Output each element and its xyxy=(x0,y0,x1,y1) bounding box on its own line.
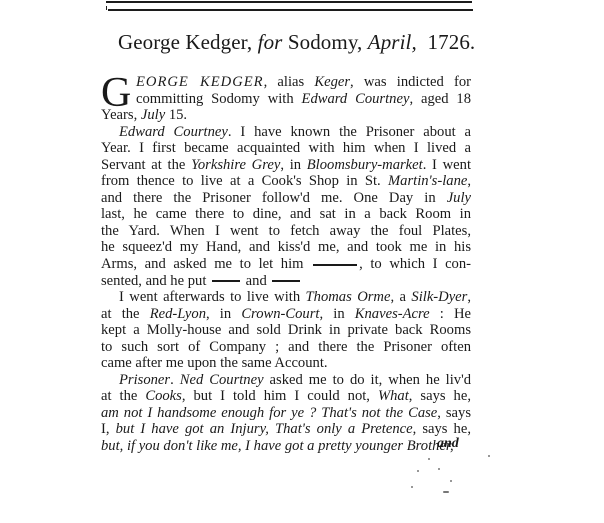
text-segment: came after me upon the same Account. xyxy=(101,355,328,371)
text-segment: the Yard. When I went to fetch away the … xyxy=(101,223,471,239)
top-rule xyxy=(106,1,472,3)
text-segment: , in xyxy=(280,157,306,173)
italic-text: Martin's-lane xyxy=(388,173,467,189)
top-rule-double xyxy=(108,9,473,11)
text-segment: from thence to live at a Cook's Shop in … xyxy=(101,173,388,189)
text-segment: Arms, and asked me to let him xyxy=(101,256,311,272)
text-segment: . I went xyxy=(423,157,471,173)
text-segment: at the xyxy=(101,306,150,322)
document-page: George Kedger, for Sodomy, April, 1726. … xyxy=(0,0,604,523)
italic-text: Cooks xyxy=(145,388,181,404)
text-segment: , says he, xyxy=(409,388,471,404)
text-line: to such sort of Company ; and there the … xyxy=(101,339,471,356)
text-line: the Yard. When I went to fetch away the … xyxy=(101,223,471,240)
redaction-dash xyxy=(313,264,357,266)
text-segment: at the xyxy=(101,388,145,404)
title-year: 1726. xyxy=(428,30,476,54)
text-segment: and there the Prisoner follow'd me. One … xyxy=(101,190,447,206)
text-line: Servant at the Yorkshire Grey, in Blooms… xyxy=(101,157,471,174)
drop-cap: G xyxy=(101,76,131,110)
text-line: sented, and he put and xyxy=(101,273,471,290)
text-segment: he squeez'd my Hand, and kiss'd me, and … xyxy=(101,239,471,255)
text-line: he squeez'd my Hand, and kiss'd me, and … xyxy=(101,239,471,256)
text-line: kept a Molly-house and sold Drink in pri… xyxy=(101,322,471,339)
italic-text: Edward Courtney xyxy=(119,124,228,140)
redaction-dash xyxy=(272,280,300,282)
title-for: for xyxy=(258,30,283,54)
italic-text: Ned Courtney xyxy=(180,372,264,388)
text-segment: , xyxy=(467,173,471,189)
text-segment: sented, and he put xyxy=(101,273,210,289)
text-segment: , a xyxy=(390,289,411,305)
trial-text: G EORGE KEDGER, alias Keger, was indicte… xyxy=(101,74,471,455)
text-segment: , was indicted for xyxy=(350,74,471,90)
text-segment: , but I told him I could not, xyxy=(182,388,378,404)
text-line: at the Red-Lyon, in Crown-Court, in Knav… xyxy=(101,306,471,323)
italic-text: July xyxy=(447,190,471,206)
italic-text: but I have got an Injury, That's only a … xyxy=(116,421,413,437)
text-segment: , xyxy=(467,289,471,305)
text-segment: EORGE KEDGER xyxy=(136,74,264,90)
text-line: Years, July 15. xyxy=(101,107,471,124)
text-line: Arms, and asked me to let him , to which… xyxy=(101,256,471,273)
text-line: from thence to live at a Cook's Shop in … xyxy=(101,173,471,190)
text-line: last, he came there to dine, and sat in … xyxy=(101,206,471,223)
title-crime: Sodomy, xyxy=(288,30,363,54)
text-line: came after me upon the same Account. xyxy=(101,355,471,372)
text-line: committing Sodomy with Edward Courtney, … xyxy=(101,91,471,108)
text-segment: Servant at the xyxy=(101,157,191,173)
italic-text: Prisoner xyxy=(119,372,170,388)
text-line: at the Cooks, but I told him I could not… xyxy=(101,388,471,405)
text-segment: committing Sodomy with xyxy=(136,91,302,107)
italic-text: What xyxy=(378,388,409,404)
text-segment: last, he came there to dine, and sat in … xyxy=(101,206,471,222)
text-line: Prisoner. Ned Courtney asked me to do it… xyxy=(101,372,471,389)
italic-text: but, if you don't like me, I have got a … xyxy=(101,438,454,454)
page-title: George Kedger, for Sodomy, April, 1726. xyxy=(118,30,478,55)
italic-text: Crown-Court xyxy=(241,306,319,322)
catchword: and xyxy=(437,436,459,452)
text-segment: , in xyxy=(319,306,354,322)
text-segment: to such sort of Company ; and there the … xyxy=(101,339,471,355)
italic-text: Red-Lyon xyxy=(150,306,206,322)
text-segment: Year. I first became acquainted with him… xyxy=(101,140,471,156)
italic-text: Bloomsbury-market xyxy=(307,157,423,173)
text-line: Year. I first became acquainted with him… xyxy=(101,140,471,157)
text-segment: I went afterwards to live with xyxy=(119,289,306,305)
text-line: EORGE KEDGER, alias Keger, was indicted … xyxy=(101,74,471,91)
text-line: I, but I have got an Injury, That's only… xyxy=(101,421,471,438)
text-segment: 15. xyxy=(165,107,187,123)
italic-text: July xyxy=(141,107,165,123)
italic-text: am not I handsome enough for ye ? That's… xyxy=(101,405,437,421)
italic-text: Edward Courtney xyxy=(302,91,410,107)
text-segment: , to which I con- xyxy=(359,256,471,272)
text-segment: and xyxy=(242,273,270,289)
text-line: Edward Courtney. I have known the Prison… xyxy=(101,124,471,141)
text-segment: . I have known the Prisoner about a xyxy=(228,124,471,140)
redaction-dash xyxy=(212,280,240,282)
text-segment: , aged 18 xyxy=(409,91,471,107)
text-line: I went afterwards to live with Thomas Or… xyxy=(101,289,471,306)
italic-text: Thomas Orme xyxy=(306,289,391,305)
italic-text: Keger xyxy=(314,74,350,90)
italic-text: Knaves-Acre xyxy=(355,306,430,322)
text-segment: , alias xyxy=(264,74,315,90)
text-segment: , says xyxy=(437,405,471,421)
text-segment: . xyxy=(170,372,180,388)
text-line: and there the Prisoner follow'd me. One … xyxy=(101,190,471,207)
title-month: April, xyxy=(368,30,417,54)
text-segment: asked me to do it, when he liv'd xyxy=(264,372,471,388)
italic-text: Silk-Dyer xyxy=(411,289,467,305)
text-segment: kept a Molly-house and sold Drink in pri… xyxy=(101,322,471,338)
text-line: but, if you don't like me, I have got a … xyxy=(101,438,471,455)
text-segment: I, xyxy=(101,421,116,437)
text-line: am not I handsome enough for ye ? That's… xyxy=(101,405,471,422)
text-segment: : He xyxy=(430,306,471,322)
title-name: George Kedger, xyxy=(118,30,252,54)
text-segment: , in xyxy=(206,306,241,322)
italic-text: Yorkshire Grey xyxy=(191,157,280,173)
